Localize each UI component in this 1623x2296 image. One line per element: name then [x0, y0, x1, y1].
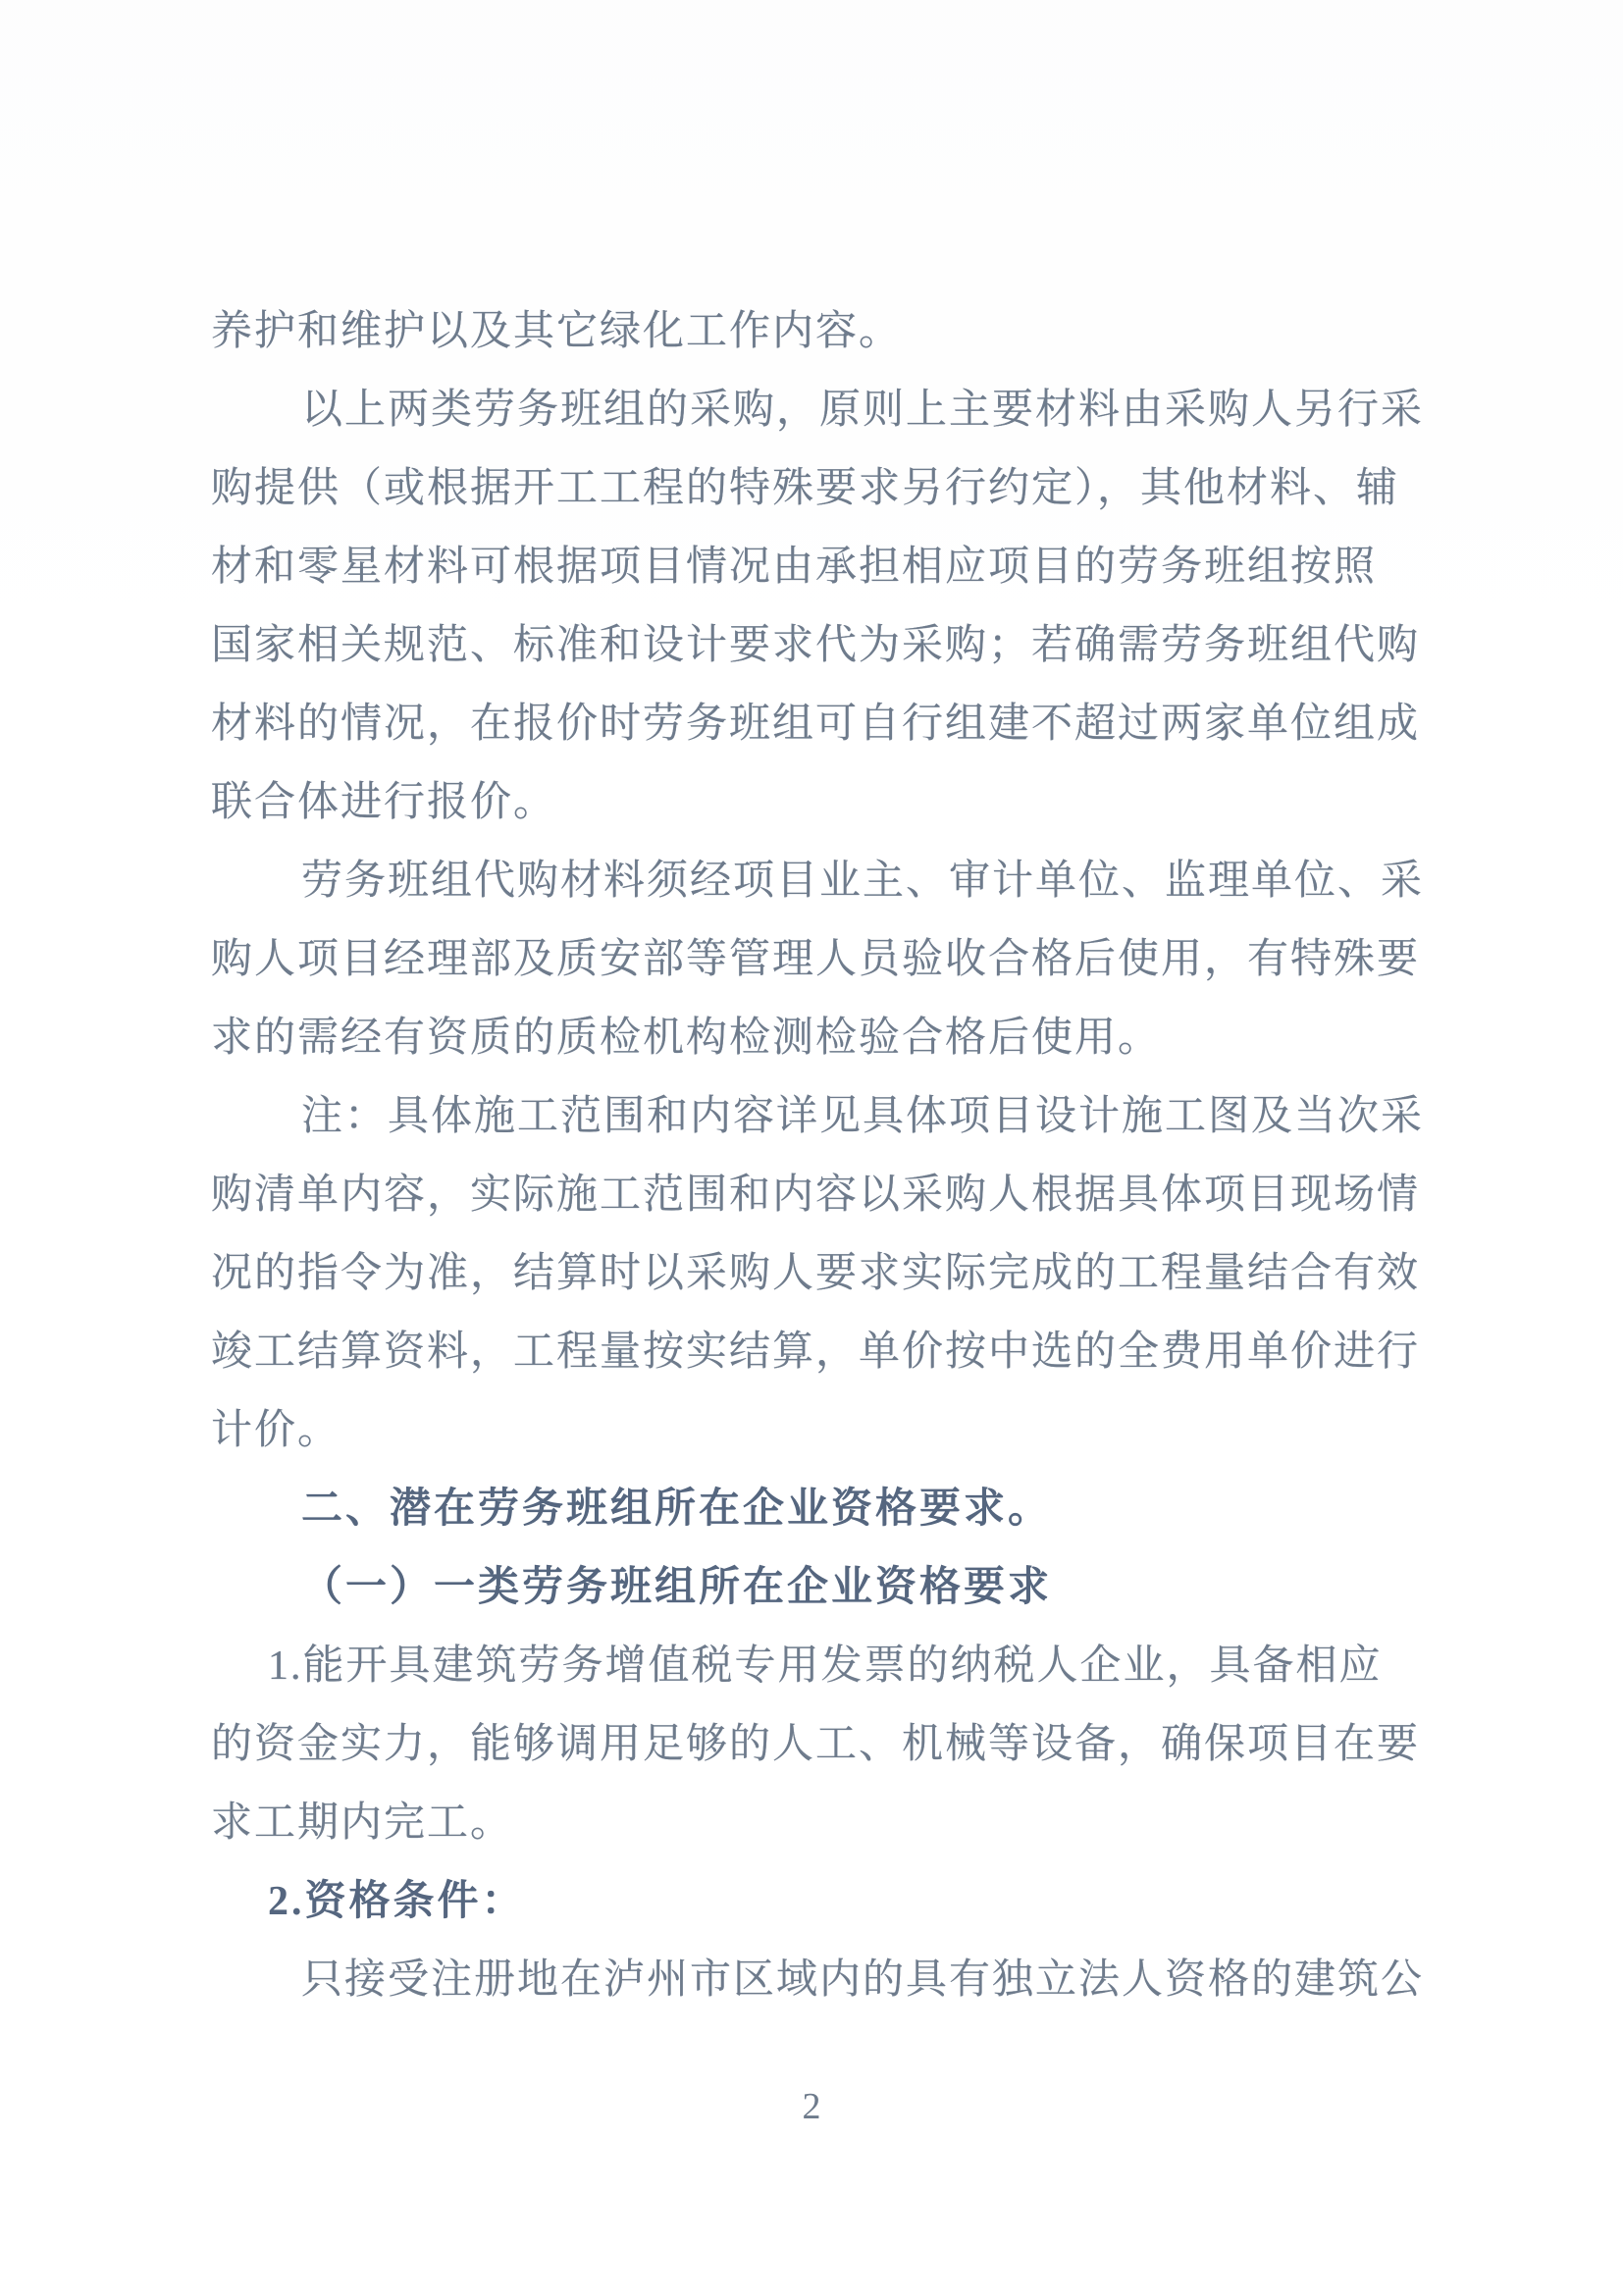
heading-line: 2.资格条件：: [211, 1862, 1433, 1941]
text-line: 购清单内容，实际施工范围和内容以采购人根据具体项目现场情: [211, 1156, 1433, 1234]
text-line: 求的需经有资质的质检机构检测检验合格后使用。: [211, 999, 1433, 1077]
text-line: 联合体进行报价。: [211, 763, 1433, 842]
text-line: 劳务班组代购材料须经项目业主、审计单位、监理单位、采: [211, 842, 1433, 920]
heading-line: 二、潜在劳务班组所在企业资格要求。: [211, 1470, 1433, 1548]
text-line: 计价。: [211, 1391, 1433, 1470]
text-line: 只接受注册地在泸州市区域内的具有独立法人资格的建筑公: [211, 1941, 1433, 2019]
text-line: 国家相关规范、标准和设计要求代为采购；若确需劳务班组代购: [211, 606, 1433, 685]
text-line: 求工期内完工。: [211, 1784, 1433, 1862]
text-line: 竣工结算资料，工程量按实结算，单价按中选的全费用单价进行: [211, 1313, 1433, 1391]
text-line: 1.能开具建筑劳务增值税专用发票的纳税人企业，具备相应: [211, 1627, 1433, 1705]
heading-line: （一）一类劳务班组所在企业资格要求: [211, 1548, 1433, 1627]
text-line: 购人项目经理部及质安部等管理人员验收合格后使用，有特殊要: [211, 920, 1433, 999]
text-line: 材料的情况，在报价时劳务班组可自行组建不超过两家单位组成: [211, 685, 1433, 763]
page-number: 2: [0, 2085, 1623, 2128]
document-page: 养护和维护以及其它绿化工作内容。以上两类劳务班组的采购，原则上主要材料由采购人另…: [0, 0, 1623, 2296]
text-line: 况的指令为准，结算时以采购人要求实际完成的工程量结合有效: [211, 1234, 1433, 1313]
text-line: 以上两类劳务班组的采购，原则上主要材料由采购人另行采: [211, 371, 1433, 449]
text-line: 的资金实力，能够调用足够的人工、机械等设备，确保项目在要: [211, 1705, 1433, 1784]
document-body: 养护和维护以及其它绿化工作内容。以上两类劳务班组的采购，原则上主要材料由采购人另…: [211, 292, 1433, 2019]
text-line: 养护和维护以及其它绿化工作内容。: [211, 292, 1433, 371]
text-line: 材和零星材料可根据项目情况由承担相应项目的劳务班组按照: [211, 528, 1433, 606]
text-line: 购提供（或根据开工工程的特殊要求另行约定），其他材料、辅: [211, 449, 1433, 528]
text-line: 注：具体施工范围和内容详见具体项目设计施工图及当次采: [211, 1077, 1433, 1156]
